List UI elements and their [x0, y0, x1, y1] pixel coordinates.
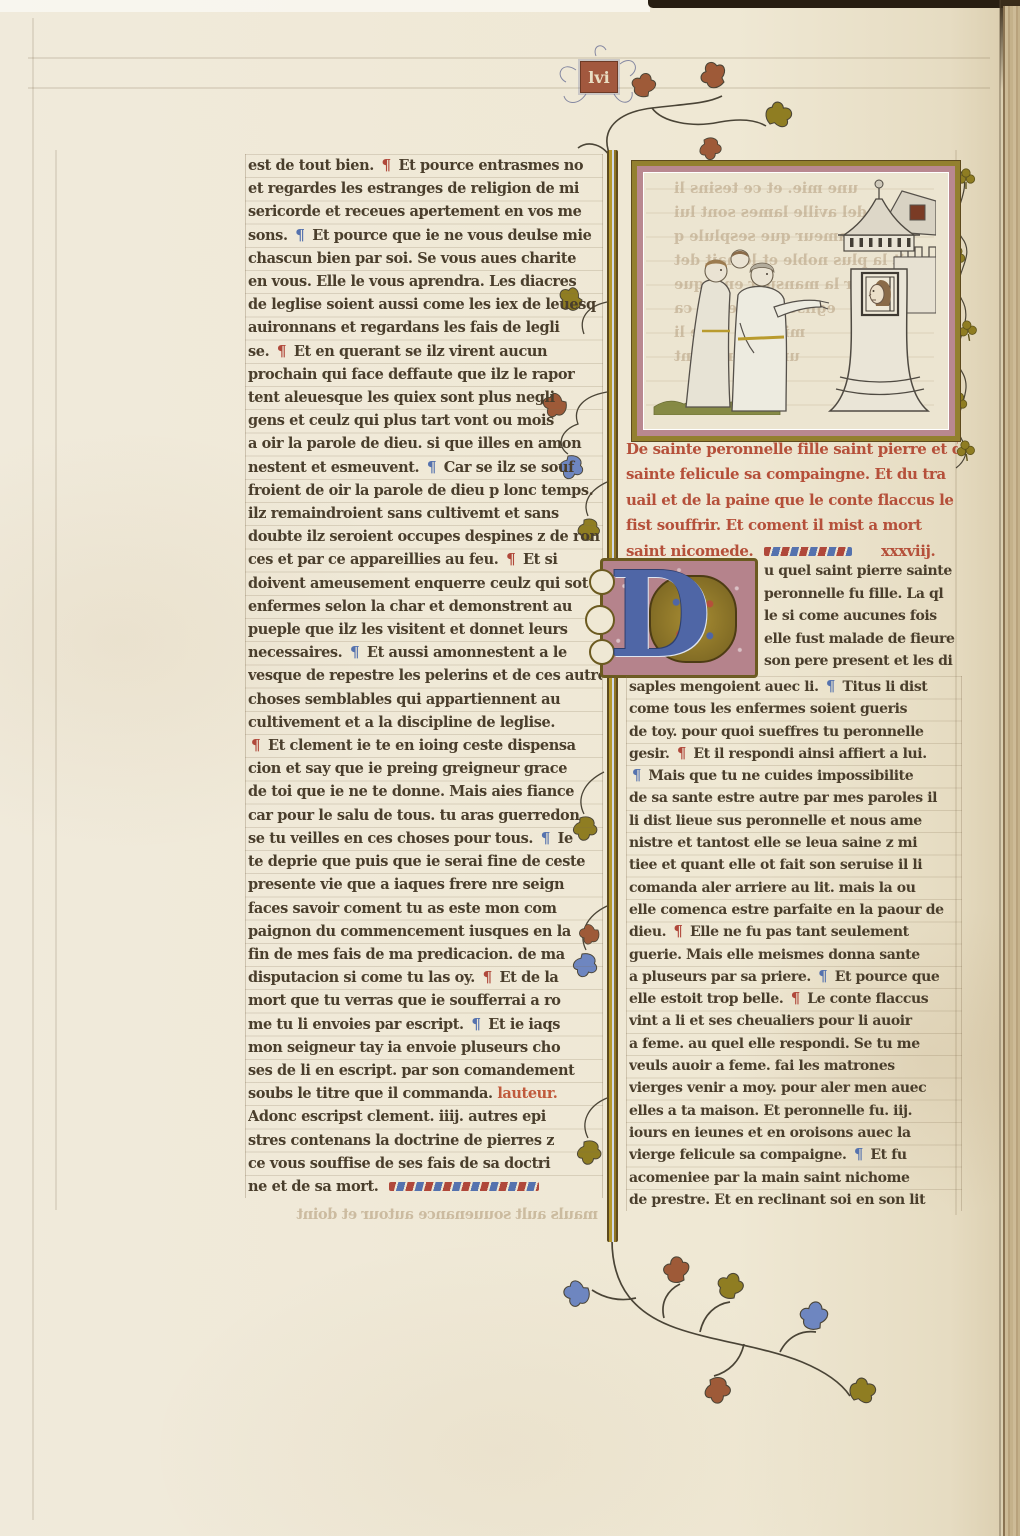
paraph-mark-red: ¶ — [251, 736, 260, 754]
text-line: pueple que ilz les visitent et donnet le… — [248, 618, 602, 641]
figure-left-robe — [686, 280, 730, 407]
text-line: fist souffrir. Et coment il mist a mort — [626, 513, 958, 538]
text-line: de leglise soient aussi come les iex de … — [248, 293, 602, 316]
text-line: et regardes les estranges de religion de… — [248, 177, 602, 200]
text-line: paignon du commencement iusques en la — [248, 920, 602, 943]
text-line: mon seigneur tay ia envoie pluseurs cho — [248, 1036, 602, 1059]
miniature: une mie. et ce tesins lius del aville la… — [632, 161, 960, 441]
text-line: auironnans et regardans les fais de legl… — [248, 316, 602, 339]
roof-finial — [875, 180, 883, 188]
text-line: elles a ta maison. Et peronnelle fu. iij… — [629, 1100, 961, 1122]
text-line: ne et de sa mort. — [248, 1175, 602, 1198]
text-line: vint a li et ses cheualiers pour li auoi… — [629, 1010, 961, 1032]
text-line: de toi que ie ne te donne. Mais aies fia… — [248, 780, 602, 803]
bleedthrough-text-bottom: mauls ault souuenance autour et doint — [248, 1206, 598, 1223]
text-line: disputacion si come tu las oy. ¶ Et de l… — [248, 966, 602, 989]
paraph-mark-red: ¶ — [791, 990, 800, 1007]
text-line: cion et say que ie preing greigneur grac… — [248, 757, 602, 780]
text-line: froient de oir la parole de dieu p lonc … — [248, 479, 602, 502]
paraph-mark-blue: ¶ — [632, 767, 641, 784]
bottom-vine-leaves — [561, 1253, 880, 1408]
bar-border — [607, 150, 618, 1242]
tower-window-with-woman — [862, 273, 898, 315]
text-line: vesque de repestre les pelerins et de ce… — [248, 664, 602, 687]
page-top-edge — [0, 0, 650, 12]
paraph-mark-red: ¶ — [674, 923, 683, 940]
text-line: vierges venir a moy. pour aler men auec — [629, 1077, 961, 1099]
rubric-word: lauteur. — [497, 1085, 557, 1102]
text-line: ce vous souffise de ses fais de sa doctr… — [248, 1152, 602, 1175]
text-line: enfermes selon la char et demonstrent au — [248, 595, 602, 618]
miniature-drawing — [644, 173, 936, 415]
text-line: doivent ameusement enquerre ceulz qui so… — [248, 572, 602, 595]
paraph-mark-red: ¶ — [382, 156, 391, 174]
bottom-vine-stem — [592, 1240, 850, 1396]
paraph-mark-blue: ¶ — [854, 1146, 863, 1163]
text-line: ¶ Mais que tu ne cuides impossibilite — [629, 765, 961, 787]
text-line: chascun bien par soi. Se vous aues chari… — [248, 247, 602, 270]
text-line: de prestre. Et en reclinant soi en son l… — [629, 1189, 961, 1211]
text-line: li dist lieue sus peronnelle et nous ame — [629, 810, 961, 832]
paraph-mark-blue: ¶ — [541, 829, 550, 847]
top-vine-leaves — [629, 59, 795, 163]
paraph-mark-blue: ¶ — [818, 968, 827, 985]
text-line: stres contenans la doctrine de pierres z — [248, 1129, 602, 1152]
text-line: iours en ieunes et en oroisons auec la — [629, 1122, 961, 1144]
text-line: ses de li en escript. par son comandemen… — [248, 1059, 602, 1082]
text-line: est de tout bien. ¶ Et pource entrasmes … — [248, 154, 602, 177]
text-line: choses semblables qui appartiennent au — [248, 688, 602, 711]
text-line: vierge felicule sa compaigne. ¶ Et fu — [629, 1144, 961, 1166]
folio-mark-text: lvi — [588, 68, 609, 87]
text-line: peronnelle fu fille. La ql — [764, 583, 960, 606]
text-line: prochain qui face deffaute que ilz le ra… — [248, 363, 602, 386]
paraph-mark-blue: ¶ — [826, 678, 835, 695]
paraph-mark-red: ¶ — [506, 550, 515, 568]
text-line: me tu li envoies par escript. ¶ Et ie ia… — [248, 1013, 602, 1036]
paraph-mark-blue: ¶ — [427, 458, 436, 476]
text-line: de sa sante estre autre par mes paroles … — [629, 787, 961, 809]
text-line: car pour le salu de tous. tu aras guerre… — [248, 804, 602, 827]
text-line: a feme. au quel elle respondi. Se tu me — [629, 1033, 961, 1055]
miniature-scene: une mie. et ce tesins lius del aville la… — [644, 173, 948, 429]
text-line: fin de mes fais de ma predicacion. de ma — [248, 943, 602, 966]
red-window — [910, 205, 925, 220]
illuminated-initial-d: D — [600, 558, 758, 678]
text-line: en vous. Elle le vous aprendra. Les diac… — [248, 270, 602, 293]
text-line: nistre et tantost elle se leua saine z m… — [629, 832, 961, 854]
text-line: uail et de la paine que le conte flaccus… — [626, 488, 958, 513]
initial-letter: D — [609, 545, 711, 684]
text-line: de toy. pour quoi sueffres tu peronnelle — [629, 721, 961, 743]
paraph-mark-red: ¶ — [277, 342, 286, 360]
text-line: son pere present et les di — [764, 650, 960, 673]
text-line: ces et par ce appareillies au feu. ¶ Et … — [248, 548, 602, 571]
binding-edge-top — [648, 0, 1020, 8]
text-line: te deprie que puis que ie serai fine de … — [248, 850, 602, 873]
text-line: Adonc escripst clement. iiij. autres epi — [248, 1105, 602, 1128]
text-line: gens et ceulz qui plus tart vont ou mois — [248, 409, 602, 432]
text-line: faces savoir coment tu as este mon com — [248, 897, 602, 920]
manuscript-page: lvi une mie. et ce tesins lius del avill… — [0, 0, 1020, 1536]
text-line: elle estoit trop belle. ¶ Le conte flacc… — [629, 988, 961, 1010]
text-line: comanda aler arriere au lit. mais la ou — [629, 877, 961, 899]
text-line: le si come aucunes fois — [764, 605, 960, 628]
text-line: ¶ Et clement ie te en ioing ceste dispen… — [248, 734, 602, 757]
text-line: u quel saint pierre sainte — [764, 560, 960, 583]
right-text-column: saples mengoient auec li. ¶ Titus li dis… — [626, 676, 962, 1211]
text-line: se. ¶ Et en querant se ilz virent aucun — [248, 340, 602, 363]
text-line: gesir. ¶ Et il respondi ainsi affiert a … — [629, 743, 961, 765]
text-line: sons. ¶ Et pource que ie ne vous deulse … — [248, 224, 602, 247]
text-line: De sainte peronnelle fille saint pierre … — [626, 437, 958, 462]
text-line: presente vie que a iaques frere nre seig… — [248, 873, 602, 896]
text-line: ilz remaindroient sans cultivemt et sans — [248, 502, 602, 525]
text-line: come tous les enfermes soient gueris — [629, 698, 961, 720]
text-line: acomeniee par la main saint nichome — [629, 1167, 961, 1189]
text-line: tent aleuesque les quiex sont plus negli — [248, 386, 602, 409]
figure-front-belt — [738, 337, 784, 339]
text-line: sericorde et receues apertement en vos m… — [248, 200, 602, 223]
text-line: sainte felicule sa compaingne. Et du tra — [626, 462, 958, 487]
text-line: saples mengoient auec li. ¶ Titus li dis… — [629, 676, 961, 698]
paraph-mark-red: ¶ — [677, 745, 686, 762]
three-men-figures — [686, 250, 829, 411]
page-fore-edge — [1003, 6, 1020, 1536]
text-line: tiee et quant elle ot fait son seruise i… — [629, 854, 961, 876]
right-column-initial-lines: u quel saint pierre sainteperonnelle fu … — [764, 560, 960, 673]
paraph-mark-red: ¶ — [483, 968, 492, 986]
line-filler — [389, 1182, 539, 1191]
paraph-mark-blue: ¶ — [295, 226, 304, 244]
text-line: elle fust malade de fieure — [764, 628, 960, 651]
left-text-column: est de tout bien. ¶ Et pource entrasmes … — [245, 154, 603, 1198]
line-filler — [764, 547, 852, 556]
text-line: necessaires. ¶ Et aussi amonnestent a le — [248, 641, 602, 664]
woman-face — [870, 285, 884, 304]
text-line: doubte ilz seroient occupes despines z d… — [248, 525, 602, 548]
paraph-mark-blue: ¶ — [350, 643, 359, 661]
text-line: soubs le titre que il commanda. lauteur. — [248, 1082, 602, 1105]
text-line: a pluseurs par sa priere. ¶ Et pource qu… — [629, 966, 961, 988]
text-line: veuls auoir a feme. fai les matrones — [629, 1055, 961, 1077]
text-line: a oir la parole de dieu. si que illes en… — [248, 432, 602, 455]
text-line: dieu. ¶ Elle ne fu pas tant seulement — [629, 921, 961, 943]
folio-mark: lvi — [580, 61, 618, 93]
text-line: cultivement et a la discipline de leglis… — [248, 711, 602, 734]
text-line: se tu veilles en ces choses pour tous. ¶… — [248, 827, 602, 850]
pointing-hand — [820, 301, 829, 309]
text-line: nestent et esmeuvent. ¶ Car se ilz se so… — [248, 456, 602, 479]
text-line: guerie. Mais elle meismes donna sante — [629, 944, 961, 966]
text-line: elle comenca estre parfaite en la paour … — [629, 899, 961, 921]
paraph-mark-blue: ¶ — [471, 1015, 480, 1033]
text-line: mort que tu verras que ie soufferrai a r… — [248, 989, 602, 1012]
